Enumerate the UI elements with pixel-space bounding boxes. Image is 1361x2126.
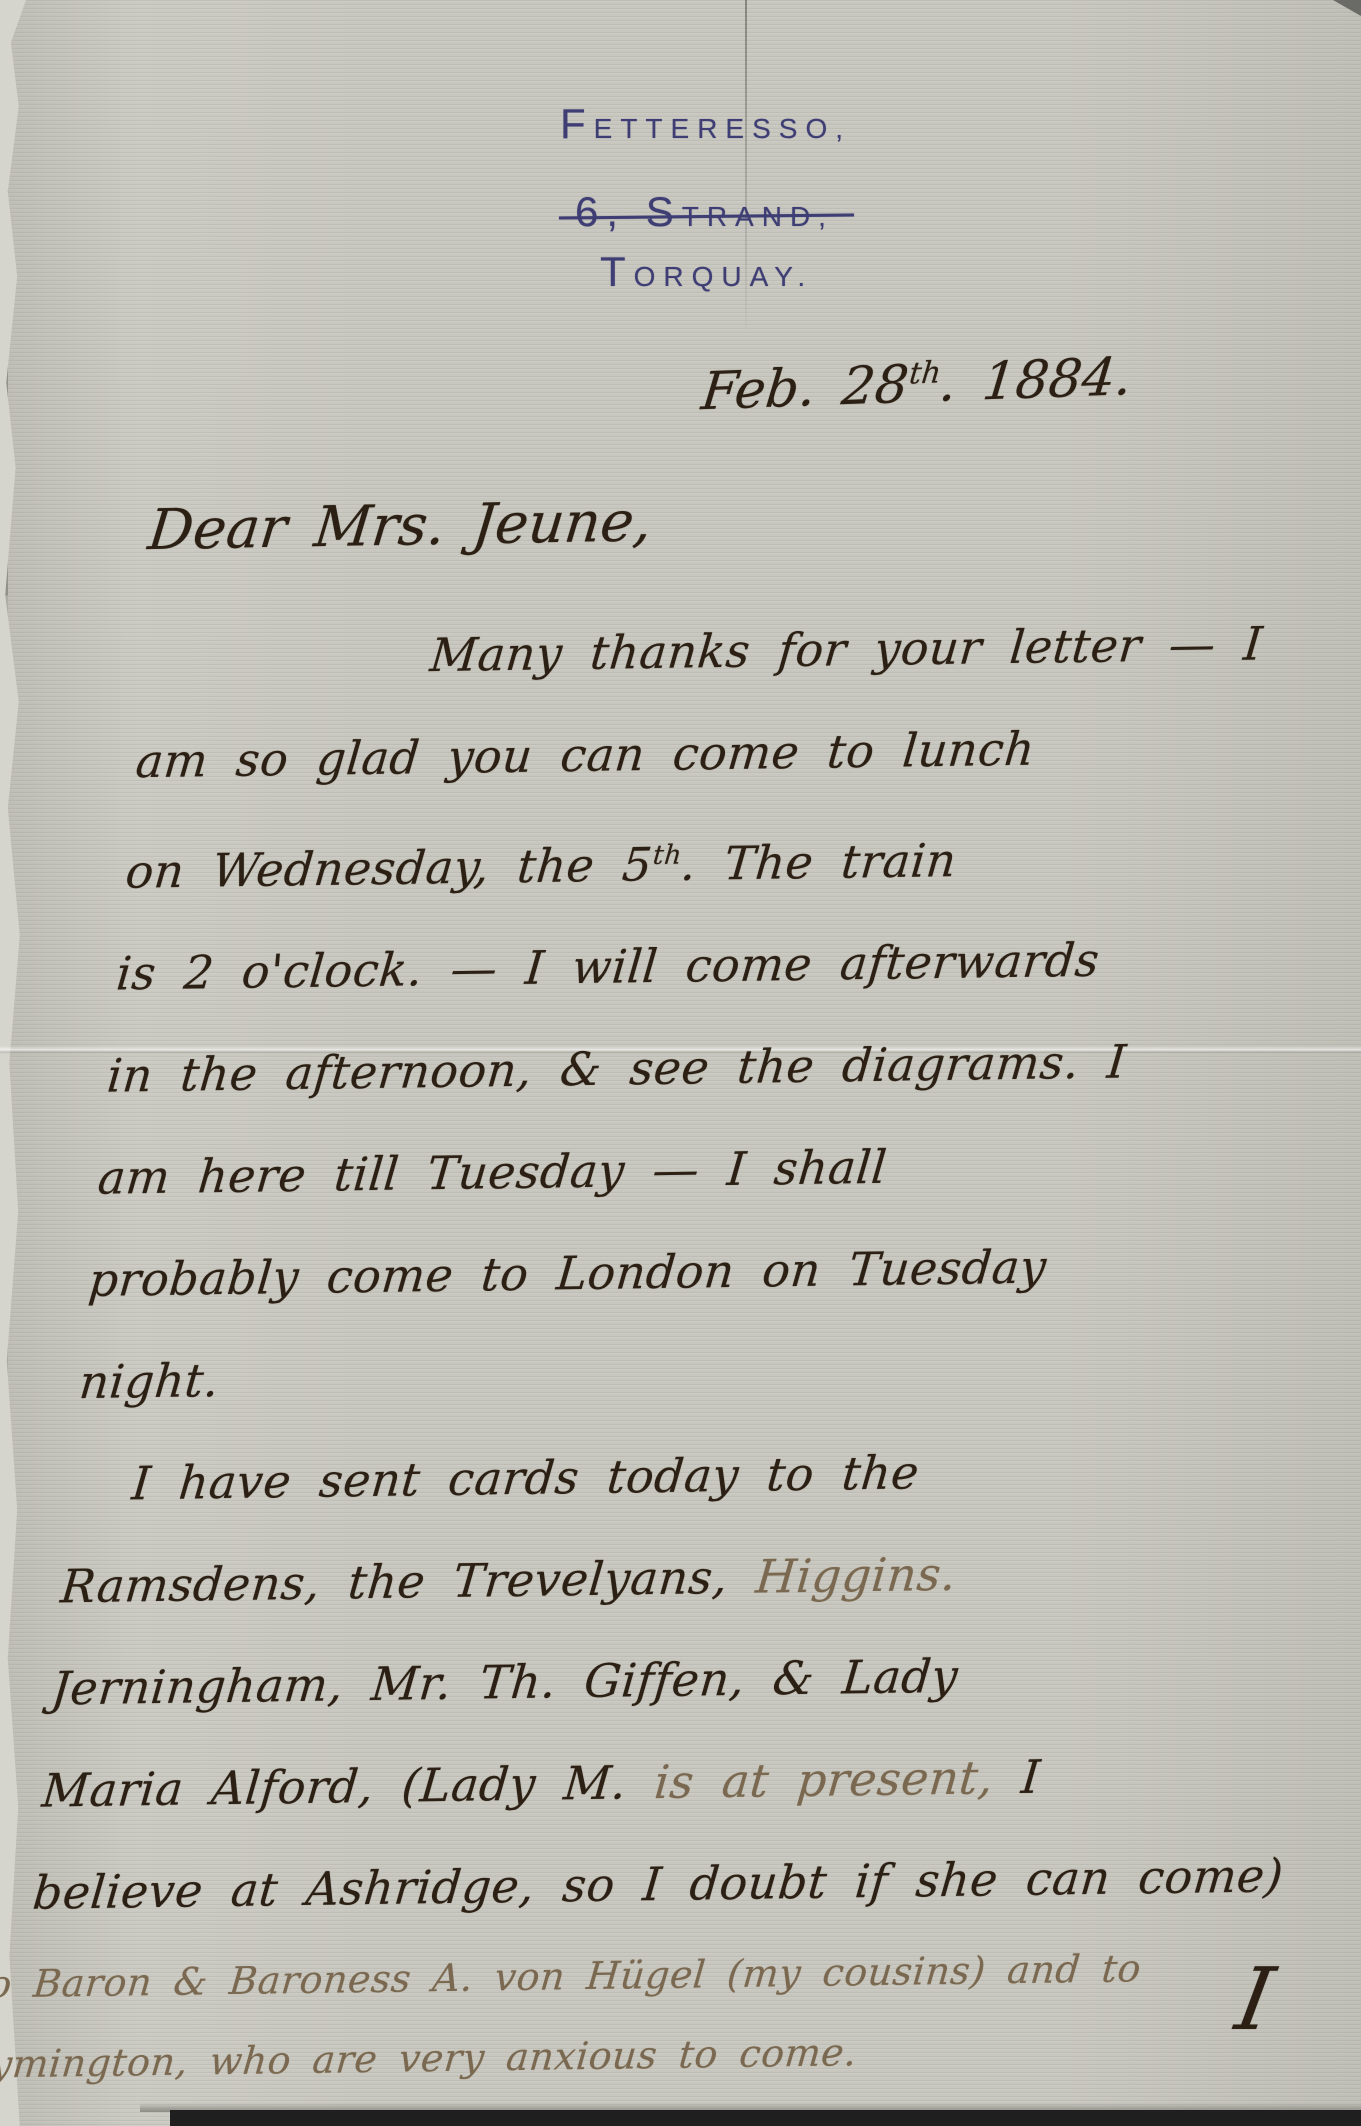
letter-line: probably come to London on Tuesday	[84, 1213, 1273, 1332]
letter-body: Many thanks for your letter — Iam so gla…	[14, 592, 1330, 2105]
letterhead-initial: 6, S	[575, 188, 682, 235]
letter-line: am here till Tuesday — I shall	[93, 1111, 1282, 1230]
letter-line: Ramsdens, the Trevelyans, Higgins.	[56, 1519, 1245, 1638]
letter-line: is 2 o'clock. — I will come afterwards	[112, 906, 1301, 1025]
letter-line-segment: Higgins.	[754, 1547, 959, 1604]
scanner-edge-bottom	[170, 2110, 1361, 2126]
scanned-letter-page: FETTERESSO, 6, STRAND, TORQUAY. Feb. 28t…	[0, 0, 1361, 2126]
letter-line: am so glad you can come to lunch	[131, 694, 1320, 813]
letter-line-segment: on Wednesday, the 5	[124, 837, 655, 898]
letter-line-segment: in the afternoon, & see the diagrams. I	[105, 1035, 1129, 1103]
letterhead-line-1: FETTERESSO,	[560, 100, 851, 148]
letter-line-segment: is at present,	[652, 1751, 996, 1810]
letter-line-segment: to Baron & Baroness A. von Hügel (my cou…	[0, 1947, 1143, 2007]
letter-line-segment: is 2 o'clock. — I will come afterwards	[114, 933, 1102, 1001]
letter-line-segment: I	[991, 1750, 1043, 1805]
letter-line-segment: Ramsdens, the Trevelyans,	[58, 1550, 758, 1614]
letter-line: night.	[75, 1315, 1264, 1434]
date-rest: . 1884.	[937, 347, 1135, 414]
letter-line-segment: probably come to London on Tuesday	[86, 1240, 1049, 1307]
letter-line-segment: night.	[77, 1353, 221, 1409]
date-line: Feb. 28th. 1884.	[699, 347, 1135, 422]
letterhead-initial: F	[560, 100, 594, 147]
letter-line-segment: I have sent cards today to the	[130, 1446, 922, 1511]
letter-line-segment: am so glad you can come to lunch	[134, 722, 1038, 789]
letter-line: on Wednesday, the 5th. The train	[121, 796, 1311, 923]
letter-line: in the afternoon, & see the diagrams. I	[103, 1008, 1292, 1127]
stray-pen-stroke: I	[1229, 1950, 1281, 2050]
letter-line-segment: am here till Tuesday — I shall	[96, 1140, 890, 1205]
letter-line-segment: Many thanks for your letter — I	[428, 616, 1265, 682]
letterhead-line-2-struck: 6, STRAND,	[575, 188, 834, 236]
letter-line: believe at Ashridge, so I doubt if she c…	[28, 1826, 1217, 1945]
letter-line-segment: Maria Alford, (Lady M.	[40, 1755, 657, 1818]
salutation: Dear Mrs. Jeune,	[145, 489, 655, 563]
letterhead-text: ORQUAY.	[634, 261, 813, 292]
letter-line-segment: Lymington, who are very anxious to come.	[0, 2031, 859, 2088]
torn-paper-edge	[0, 0, 26, 2126]
date-prefix: Feb. 28	[699, 355, 912, 422]
letterhead-initial: T	[600, 248, 634, 295]
letter-line-segment: Jerningham, Mr. Th. Giffen, & Lady	[49, 1649, 960, 1716]
letter-line: I have sent cards today to the	[66, 1417, 1255, 1536]
letter-line: Many thanks for your letter — I	[141, 592, 1330, 711]
letter-line: Maria Alford, (Lady M. is at present, I	[38, 1723, 1227, 1842]
letter-line: Lymington, who are very anxious to come.	[0, 2008, 1201, 2105]
date-ordinal: th	[908, 355, 943, 391]
letter-line-segment: believe at Ashridge, so I doubt if she c…	[31, 1849, 1286, 1921]
letterhead-line-3: TORQUAY.	[600, 248, 813, 296]
letter-line: Jerningham, Mr. Th. Giffen, & Lady	[47, 1621, 1236, 1740]
letter-line-segment: . The train	[679, 833, 959, 891]
letter-line-segment: th	[652, 840, 684, 871]
scanner-corner-shadow	[1333, 0, 1361, 16]
letterhead-text: ETTERESSO,	[594, 113, 851, 144]
